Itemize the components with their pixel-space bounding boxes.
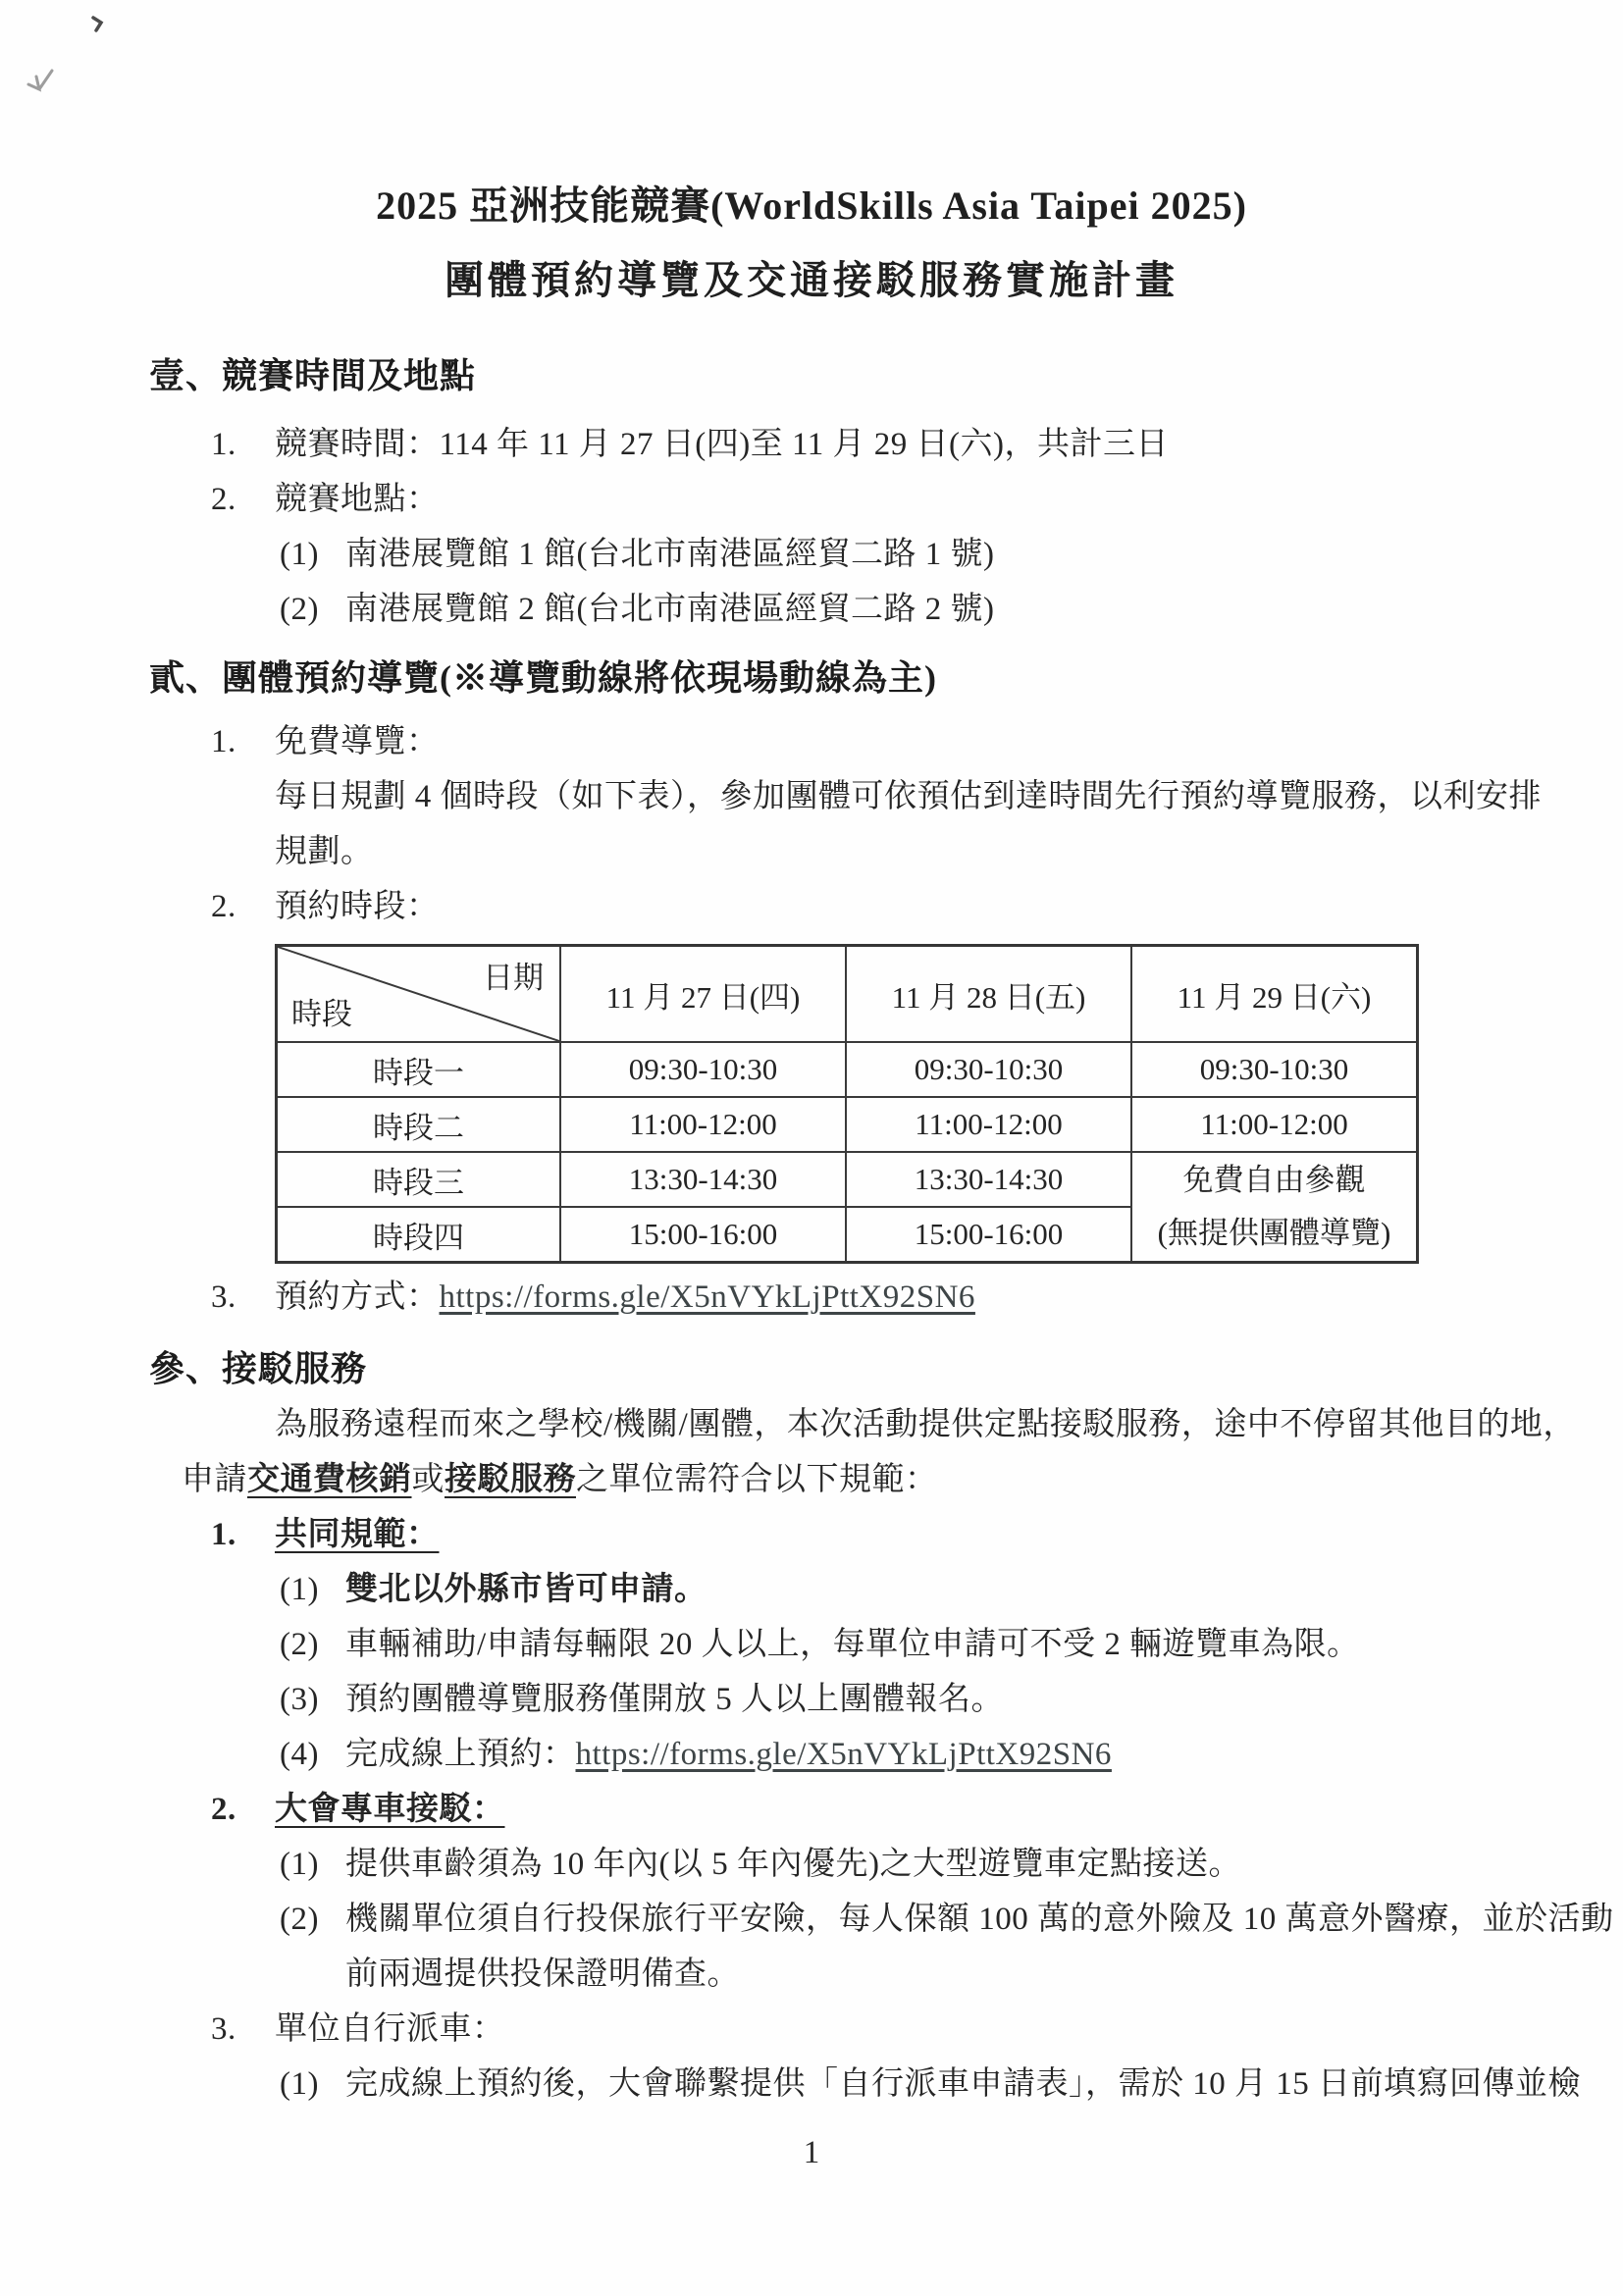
section-heading-competition-time-place: 壹、競賽時間及地點 (149, 351, 1549, 400)
item-number: (1) (280, 527, 345, 582)
schedule-cell: 13:30-14:30 (560, 1152, 846, 1207)
list-item: 3. 單位自行派車： (211, 2002, 1549, 2057)
paragraph-line: 申請交通費核銷或接駁服務之單位需符合以下規範： (182, 1452, 1549, 1507)
timeslot-label: 時段二 (277, 1097, 561, 1152)
item-text: 預約團體導覽服務僅開放 5 人以上團體報名。 (345, 1672, 1004, 1727)
item-text: 機關單位須自行投保旅行平安險，每人保額 100 萬的意外險及 10 萬意外醫療，… (345, 1892, 1614, 1947)
item-text: 競賽時間：114 年 11 月 27 日(四)至 11 月 29 日(六)，共計… (275, 417, 1169, 472)
item-number: 3. (211, 1270, 275, 1325)
column-header-date: 11 月 27 日(四) (560, 946, 846, 1043)
item-number: 1. (211, 1507, 275, 1562)
list-item: 1. 免費導覽： (211, 714, 1549, 769)
paragraph-line: 前兩週提供投保證明備查。 (345, 1947, 1549, 2002)
table-row: 時段一 09:30-10:30 09:30-10:30 09:30-10:30 (277, 1042, 1418, 1097)
schedule-cell: 09:30-10:30 (560, 1042, 846, 1097)
section-heading-group-tour: 貳、團體預約導覽(※導覽動線將依現場動線為主) (149, 653, 1549, 703)
document-page: 2025 亞洲技能競賽(WorldSkills Asia Taipei 2025… (0, 0, 1623, 2296)
item-text: 預約時段： (275, 879, 440, 934)
item-text: 競賽地點： (275, 472, 440, 527)
item-number: (2) (280, 1892, 345, 1947)
scan-artifact-mark (24, 65, 57, 99)
column-header-date: 11 月 28 日(五) (846, 946, 1131, 1043)
item-number: (2) (280, 582, 345, 637)
paragraph-line: 每日規劃 4 個時段（如下表），參加團體可依預估到達時間先行預約導覽服務，以利安… (275, 769, 1549, 824)
item-number: (3) (280, 1672, 345, 1727)
item-number: 3. (211, 2002, 275, 2057)
paragraph-line: 規劃。 (275, 824, 1549, 879)
list-item: (3) 預約團體導覽服務僅開放 5 人以上團體報名。 (280, 1672, 1549, 1727)
item-text: 單位自行派車： (275, 2002, 505, 2057)
schedule-cell: 11:00-12:00 (1131, 1097, 1418, 1152)
timeslot-label: 時段三 (277, 1152, 561, 1207)
timeslot-label: 時段一 (277, 1042, 561, 1097)
list-item: (2) 車輛補助/申請每輛限 20 人以上，每單位申請可不受 2 輛遊覽車為限。 (280, 1617, 1549, 1672)
schedule-cell: 09:30-10:30 (1131, 1042, 1418, 1097)
item-number: (1) (280, 1837, 345, 1892)
item-text: 免費導覽： (275, 714, 440, 769)
free-visit-note-cell: 免費自由參觀 (無提供團體導覽) (1131, 1152, 1418, 1263)
doc-title: 2025 亞洲技能競賽(WorldSkills Asia Taipei 2025… (0, 183, 1623, 230)
item-text: 大會專車接駁： (275, 1782, 505, 1837)
corner-date-label: 日期 (483, 953, 544, 997)
table-header-row: 日期 時段 11 月 27 日(四) 11 月 28 日(五) 11 月 29 … (277, 946, 1418, 1043)
list-item: 2. 預約時段： (211, 879, 1549, 934)
corner-time-label: 時段 (291, 989, 352, 1033)
doc-subtitle: 團體預約導覽及交通接駁服務實施計畫 (0, 257, 1623, 304)
item-number: (1) (280, 2057, 345, 2112)
schedule-cell: 15:00-16:00 (846, 1207, 1131, 1263)
item-text: 南港展覽館 2 館(台北市南港區經貿二路 2 號) (345, 582, 994, 637)
schedule-table: 日期 時段 11 月 27 日(四) 11 月 28 日(五) 11 月 29 … (275, 944, 1419, 1264)
online-booking-form-link[interactable]: https://forms.gle/X5nVYkLjPttX92SN6 (576, 1737, 1112, 1772)
column-header-date: 11 月 29 日(六) (1131, 946, 1418, 1043)
emphasis-transport-reimbursement: 交通費核銷 (247, 1462, 412, 1497)
schedule-cell: 09:30-10:30 (846, 1042, 1131, 1097)
emphasis-shuttle-service: 接駁服務 (445, 1462, 576, 1497)
online-booking-label: 完成線上預約： (345, 1737, 576, 1772)
list-item: 1. 競賽時間：114 年 11 月 27 日(四)至 11 月 29 日(六)… (211, 417, 1549, 472)
item-number: 2. (211, 1782, 275, 1837)
schedule-cell: 11:00-12:00 (560, 1097, 846, 1152)
timeslot-label: 時段四 (277, 1207, 561, 1263)
list-item: (1) 南港展覽館 1 館(台北市南港區經貿二路 1 號) (280, 527, 1549, 582)
list-item: (2) 南港展覽館 2 館(台北市南港區經貿二路 2 號) (280, 582, 1549, 637)
booking-form-link[interactable]: https://forms.gle/X5nVYkLjPttX92SN6 (440, 1279, 975, 1315)
list-item: 1. 共同規範： (211, 1507, 1549, 1562)
free-visit-note-line: (無提供團體導覽) (1132, 1207, 1416, 1260)
booking-label: 預約方式： (275, 1279, 440, 1315)
item-text: 雙北以外縣市皆可申請。 (345, 1562, 707, 1617)
list-item: (1) 提供車齡須為 10 年內(以 5 年內優先)之大型遊覽車定點接送。 (280, 1837, 1549, 1892)
item-text: 完成線上預約後，大會聯繫提供「自行派車申請表」，需於 10 月 15 日前填寫回… (345, 2057, 1581, 2112)
item-number: 2. (211, 472, 275, 527)
list-item: (1) 雙北以外縣市皆可申請。 (280, 1562, 1549, 1617)
intro-text: 之單位需符合以下規範： (576, 1462, 938, 1497)
item-text: 車輛補助/申請每輛限 20 人以上，每單位申請可不受 2 輛遊覽車為限。 (345, 1617, 1360, 1672)
list-item: (1) 完成線上預約後，大會聯繫提供「自行派車申請表」，需於 10 月 15 日… (280, 2057, 1549, 2112)
table-row: 時段二 11:00-12:00 11:00-12:00 11:00-12:00 (277, 1097, 1418, 1152)
intro-text: 或 (412, 1462, 445, 1497)
list-item: (4) 完成線上預約：https://forms.gle/X5nVYkLjPtt… (280, 1727, 1549, 1782)
item-text: 共同規範： (275, 1507, 440, 1562)
list-item: (2) 機關單位須自行投保旅行平安險，每人保額 100 萬的意外險及 10 萬意… (280, 1892, 1549, 1947)
table-row: 時段三 13:30-14:30 13:30-14:30 免費自由參觀 (無提供團… (277, 1152, 1418, 1207)
page-number: 1 (0, 2135, 1623, 2171)
table-corner-cell: 日期 時段 (277, 946, 561, 1043)
item-number: 1. (211, 714, 275, 769)
item-number: (1) (280, 1562, 345, 1617)
item-text: 預約方式：https://forms.gle/X5nVYkLjPttX92SN6 (275, 1270, 975, 1325)
section-heading-shuttle-service: 參、接駁服務 (149, 1344, 1549, 1393)
free-visit-note-line: 免費自由參觀 (1132, 1154, 1416, 1207)
list-item: 2. 競賽地點： (211, 472, 1549, 527)
item-text: 提供車齡須為 10 年內(以 5 年內優先)之大型遊覽車定點接送。 (345, 1837, 1241, 1892)
intro-text: 申請 (182, 1462, 247, 1497)
schedule-cell: 13:30-14:30 (846, 1152, 1131, 1207)
item-number: (4) (280, 1727, 345, 1782)
item-text: 南港展覽館 1 館(台北市南港區經貿二路 1 號) (345, 527, 994, 582)
scan-artifact-mark (90, 16, 106, 38)
schedule-cell: 15:00-16:00 (560, 1207, 846, 1263)
item-number: (2) (280, 1617, 345, 1672)
paragraph-line: 為服務遠程而來之學校/機關/團體，本次活動提供定點接駁服務，途中不停留其他目的地… (275, 1397, 1549, 1452)
item-text: 完成線上預約：https://forms.gle/X5nVYkLjPttX92S… (345, 1727, 1112, 1782)
item-number: 2. (211, 879, 275, 934)
list-item: 3. 預約方式：https://forms.gle/X5nVYkLjPttX92… (211, 1270, 1549, 1325)
item-number: 1. (211, 417, 275, 472)
list-item: 2. 大會專車接駁： (211, 1782, 1549, 1837)
schedule-cell: 11:00-12:00 (846, 1097, 1131, 1152)
